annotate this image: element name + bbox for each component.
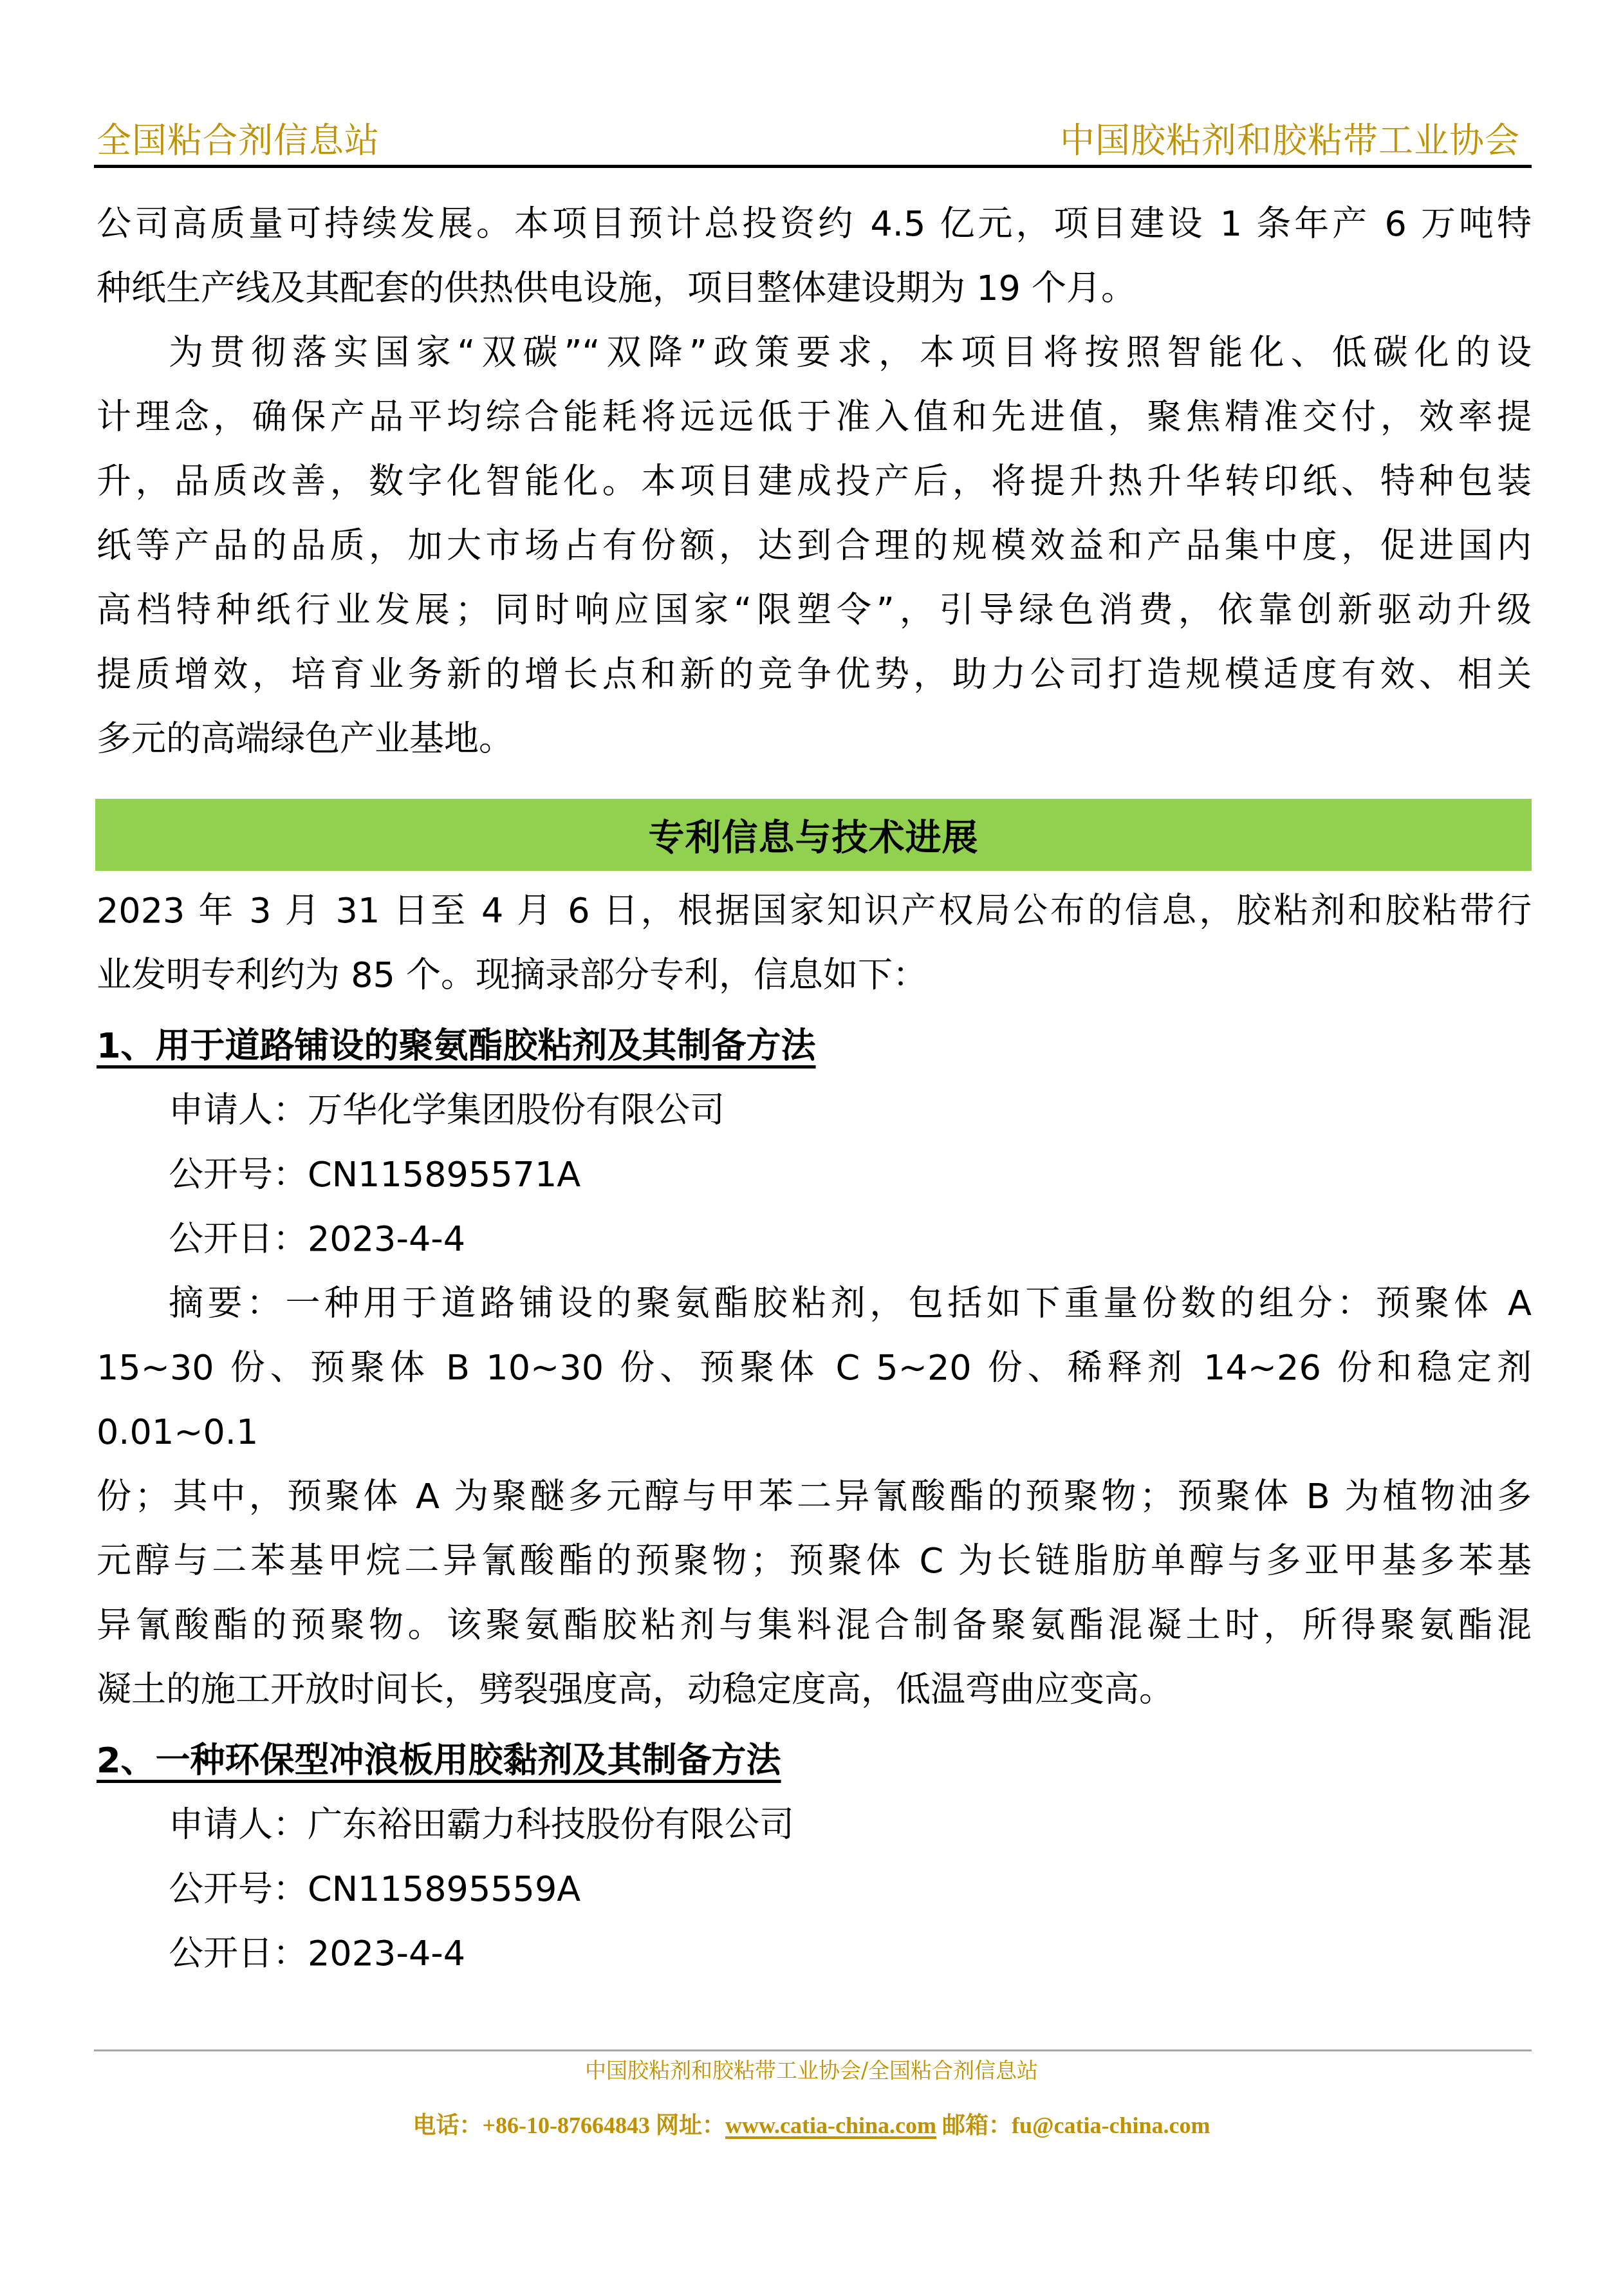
document-body: 公司高质量可持续发展。本项目预计总投资约 4.5 亿元，项目建设 1 条年产 6… (97, 192, 1532, 1986)
email-address: fu@catia-china.com (1012, 2113, 1210, 2138)
text-line: 业发明专利约为 85 个。现摘录部分专利，信息如下： (97, 943, 1532, 1007)
field-label: 申请人： (169, 1090, 308, 1130)
website-link[interactable]: www.catia-china.com (725, 2113, 936, 2138)
text-line: 15~30 份、预聚体 B 10~30 份、预聚体 C 5~20 份、稀释剂 1… (97, 1336, 1532, 1464)
text-line: 升，品质改善，数字化智能化。本项目建成投产后，将提升热升华转印纸、特种包装 (97, 449, 1532, 514)
footer-organization: 中国胶粘剂和胶粘带工业协会/全国粘合剂信息站 (0, 2057, 1623, 2084)
email-label: 邮箱： (936, 2113, 1012, 2138)
text-line: 计理念，确保产品平均综合能耗将远远低于准入值和先进值，聚焦精准交付，效率提 (97, 385, 1532, 449)
patent-abstract: 摘要：一种用于道路铺设的聚氨酯胶粘剂，包括如下重量份数的组分：预聚体 A 15~… (97, 1271, 1532, 1722)
text-line: 高档特种纸行业发展；同时响应国家“限塑令”，引导绿色消费，依靠创新驱动升级 (97, 578, 1532, 642)
applicant-field: 申请人：广东裕田霸力科技股份有限公司 (97, 1793, 1532, 1857)
patent-title: 1、用于道路铺设的聚氨酯胶粘剂及其制备方法 (97, 1014, 1532, 1078)
field-label: 公开号： (169, 1154, 308, 1195)
header-left-title: 全国粘合剂信息站 (97, 120, 380, 162)
text-line: 为贯彻落实国家“双碳”“双降”政策要求，本项目将按照智能化、低碳化的设 (97, 321, 1532, 385)
text-line: 种纸生产线及其配套的供热供电设施，项目整体建设期为 19 个月。 (97, 256, 1532, 321)
publication-number-field: 公开号：CN115895571A (97, 1143, 1532, 1207)
field-value: CN115895559A (308, 1869, 580, 1909)
phone-label: 电话： (413, 2113, 483, 2138)
website-label: 网址： (650, 2113, 725, 2138)
text-line: 元醇与二苯基甲烷二异氰酸酯的预聚物；预聚体 C 为长链脂肪单醇与多亚甲基多苯基 (97, 1529, 1532, 1593)
field-value: 2023-4-4 (308, 1933, 465, 1974)
page-header: 全国粘合剂信息站 中国胶粘剂和胶粘带工业协会 (94, 116, 1532, 166)
footer-contact: 电话：+86-10-87664843 网址：www.catia-china.co… (0, 2111, 1623, 2140)
text-line: 凝土的施工开放时间长，劈裂强度高，动稳定度高，低温弯曲应变高。 (97, 1657, 1532, 1722)
publication-date-field: 公开日：2023-4-4 (97, 1921, 1532, 1986)
paragraph-project-summary: 公司高质量可持续发展。本项目预计总投资约 4.5 亿元，项目建设 1 条年产 6… (97, 192, 1532, 321)
field-value: CN115895571A (308, 1154, 580, 1195)
field-label: 公开号： (169, 1869, 308, 1909)
footer-divider (94, 2049, 1532, 2051)
text-line: 2023 年 3 月 31 日至 4 月 6 日，根据国家知识产权局公布的信息，… (97, 879, 1532, 943)
text-line: 纸等产品的品质，加大市场占有份额，达到合理的规模效益和产品集中度，促进国内 (97, 514, 1532, 578)
section-intro: 2023 年 3 月 31 日至 4 月 6 日，根据国家知识产权局公布的信息，… (97, 879, 1532, 1007)
patent-title: 2、一种环保型冲浪板用胶黏剂及其制备方法 (97, 1728, 1532, 1793)
patent-item-2: 2、一种环保型冲浪板用胶黏剂及其制备方法 申请人：广东裕田霸力科技股份有限公司 … (97, 1728, 1532, 1986)
text-line: 多元的高端绿色产业基地。 (97, 707, 1532, 771)
section-title: 专利信息与技术进展 (649, 809, 979, 861)
field-value: 万华化学集团股份有限公司 (308, 1090, 725, 1130)
header-divider (94, 165, 1532, 168)
applicant-field: 申请人：万华化学集团股份有限公司 (97, 1078, 1532, 1143)
section-heading-bar: 专利信息与技术进展 (95, 799, 1532, 871)
field-label: 申请人： (169, 1804, 308, 1845)
text-line: 提质增效，培育业务新的增长点和新的竞争优势，助力公司打造规模适度有效、相关 (97, 642, 1532, 707)
publication-number-field: 公开号：CN115895559A (97, 1857, 1532, 1921)
phone-number: +86-10-87664843 (483, 2113, 651, 2138)
header-right-title: 中国胶粘剂和胶粘带工业协会 (1060, 120, 1520, 162)
publication-date-field: 公开日：2023-4-4 (97, 1207, 1532, 1271)
field-label: 公开日： (169, 1933, 308, 1974)
field-value: 广东裕田霸力科技股份有限公司 (308, 1804, 794, 1845)
text-line: 份；其中，预聚体 A 为聚醚多元醇与甲苯二异氰酸酯的预聚物；预聚体 B 为植物油… (97, 1464, 1532, 1529)
text-line: 公司高质量可持续发展。本项目预计总投资约 4.5 亿元，项目建设 1 条年产 6… (97, 192, 1532, 256)
paragraph-policy: 为贯彻落实国家“双碳”“双降”政策要求，本项目将按照智能化、低碳化的设 计理念，… (97, 321, 1532, 771)
text-line: 异氰酸酯的预聚物。该聚氨酯胶粘剂与集料混合制备聚氨酯混凝土时，所得聚氨酯混 (97, 1593, 1532, 1657)
patent-title-text: 2、一种环保型冲浪板用胶黏剂及其制备方法 (97, 1740, 781, 1780)
text-line: 摘要：一种用于道路铺设的聚氨酯胶粘剂，包括如下重量份数的组分：预聚体 A (97, 1271, 1532, 1336)
patent-title-text: 1、用于道路铺设的聚氨酯胶粘剂及其制备方法 (97, 1025, 816, 1066)
field-label: 公开日： (169, 1218, 308, 1259)
patent-item-1: 1、用于道路铺设的聚氨酯胶粘剂及其制备方法 申请人：万华化学集团股份有限公司 公… (97, 1014, 1532, 1722)
field-value: 2023-4-4 (308, 1218, 465, 1259)
